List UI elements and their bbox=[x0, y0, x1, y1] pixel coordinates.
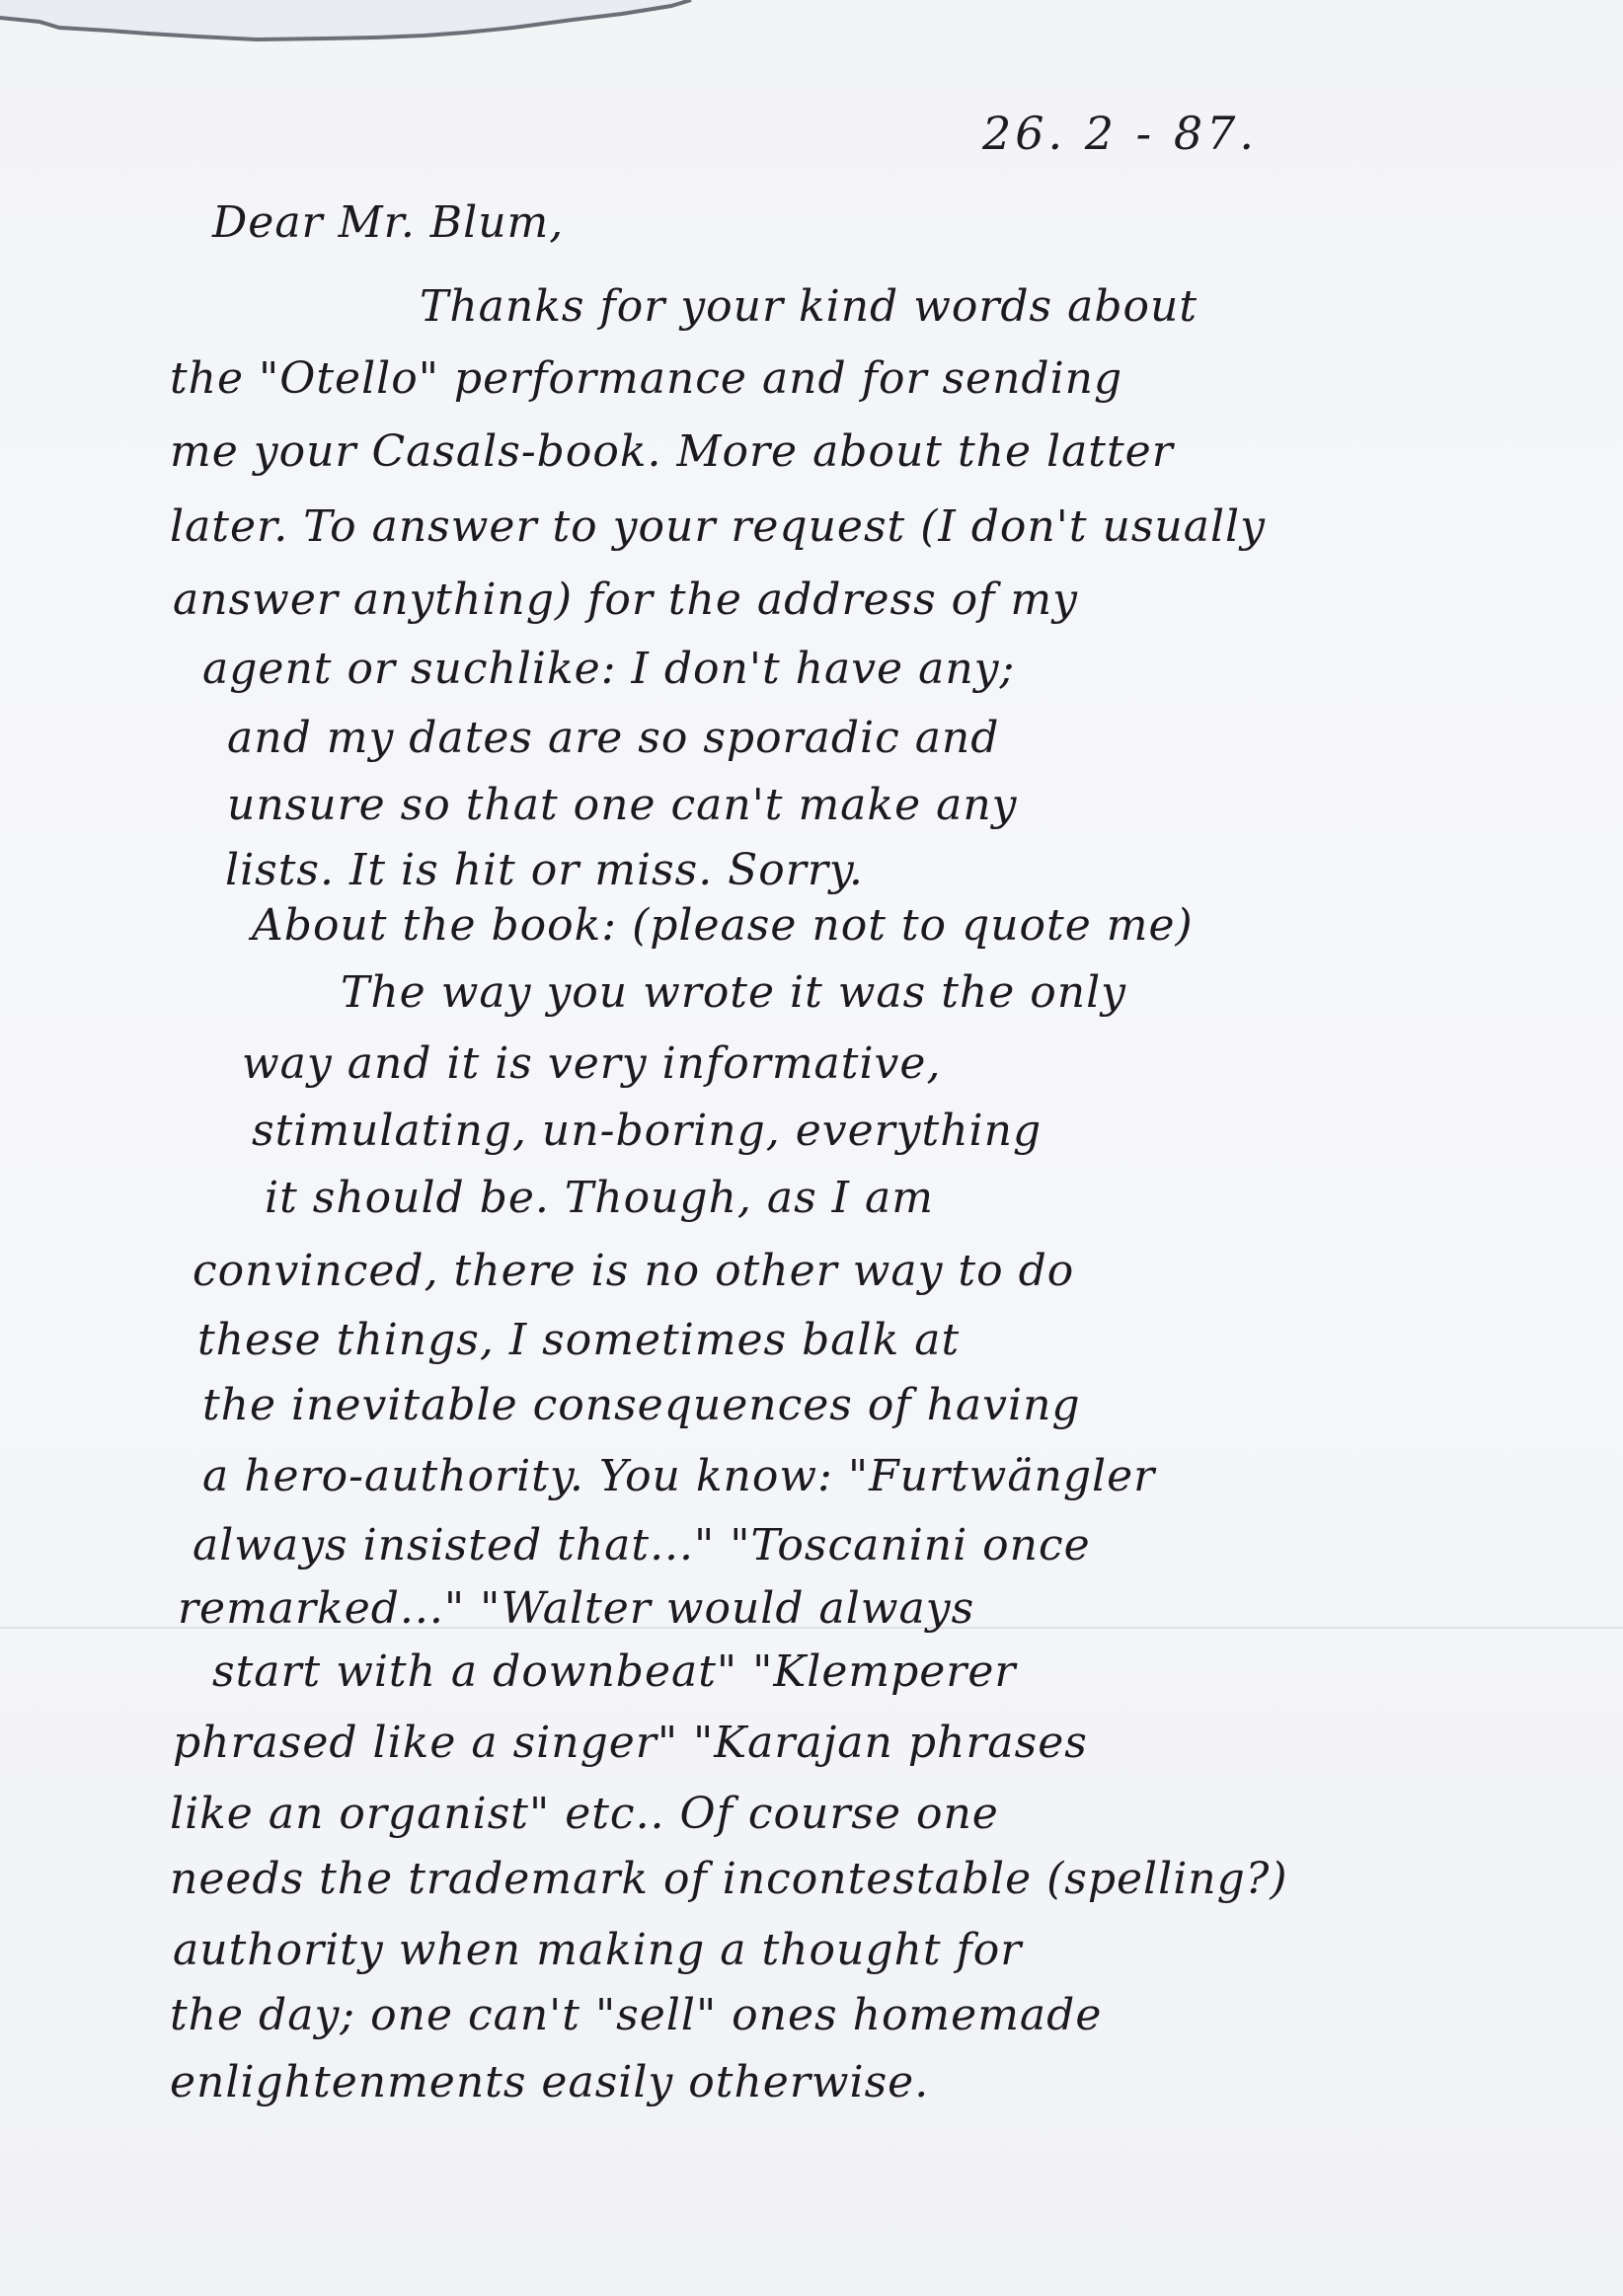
letter-line: phrased like a singer" "Karajan phrases bbox=[173, 1718, 1088, 1768]
letter-line: me your Casals-book. More about the latt… bbox=[170, 426, 1174, 477]
letter-line: later. To answer to your request (I don'… bbox=[170, 501, 1266, 552]
letter-line: Thanks for your kind words about bbox=[420, 281, 1198, 332]
letter-line: start with a downbeat" "Klemperer bbox=[212, 1646, 1016, 1697]
letter-line: convinced, there is no other way to do bbox=[193, 1246, 1074, 1296]
salutation: Dear Mr. Blum, bbox=[212, 197, 564, 248]
letter-line: like an organist" etc.. Of course one bbox=[170, 1789, 999, 1839]
letter-line: the inevitable consequences of having bbox=[202, 1380, 1081, 1430]
letter-line: and my dates are so sporadic and bbox=[227, 713, 999, 763]
letter-line: needs the trademark of incontestable (sp… bbox=[170, 1854, 1288, 1904]
torn-edge bbox=[0, 0, 701, 43]
letter-line: these things, I sometimes balk at bbox=[197, 1315, 960, 1365]
letter-line: the "Otello" performance and for sending bbox=[170, 353, 1122, 404]
letter-line: it should be. Though, as I am bbox=[265, 1173, 934, 1223]
letter-line: About the book: (please not to quote me) bbox=[252, 900, 1194, 951]
letter-date: 26. 2 - 87. bbox=[982, 107, 1258, 160]
letter-line: stimulating, un-boring, everything bbox=[252, 1106, 1042, 1156]
letter-line: agent or suchlike: I don't have any; bbox=[202, 644, 1015, 694]
letter-line: enlightenments easily otherwise. bbox=[170, 2057, 929, 2107]
letter-line: way and it is very informative, bbox=[242, 1038, 941, 1089]
letter-line: always insisted that..." "Toscanini once bbox=[193, 1520, 1091, 1570]
letter-line: unsure so that one can't make any bbox=[227, 780, 1018, 830]
letter-line: remarked..." "Walter would always bbox=[178, 1583, 974, 1634]
letter-line: lists. It is hit or miss. Sorry. bbox=[225, 845, 864, 895]
letter-line: a hero-authority. You know: "Furtwängler bbox=[202, 1451, 1155, 1501]
letter-line: authority when making a thought for bbox=[173, 1925, 1022, 1975]
letter-line: the day; one can't "sell" ones homemade bbox=[170, 1990, 1102, 2040]
letter-line: The way you wrote it was the only bbox=[341, 967, 1126, 1018]
letter-line: answer anything) for the address of my bbox=[173, 574, 1078, 625]
